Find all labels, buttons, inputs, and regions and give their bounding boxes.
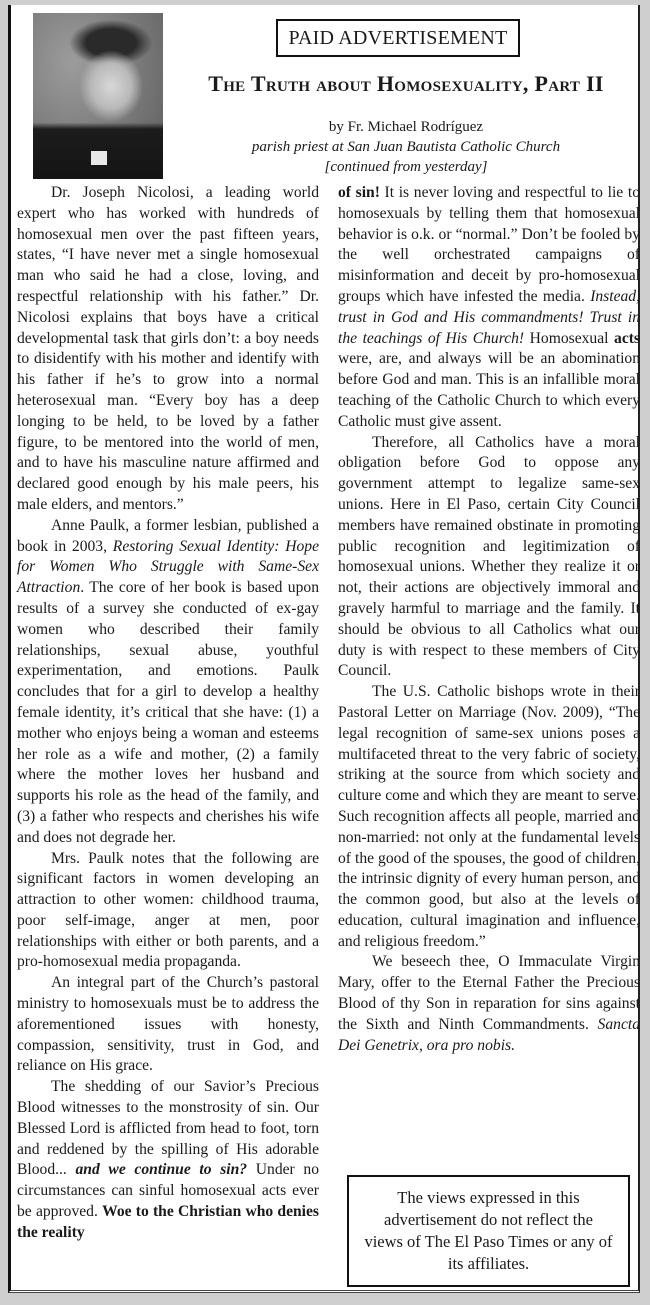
emphasized-text: acts (614, 330, 640, 347)
article-paragraph: Therefore, all Catholics have a moral ob… (338, 433, 640, 683)
paid-advertisement-text: PAID ADVERTISEMENT (289, 27, 508, 50)
author-affiliation: parish priest at San Juan Bautista Catho… (171, 137, 641, 157)
paragraph-text: Mrs. Paulk notes that the following are … (17, 850, 319, 971)
article-paragraph: We beseech thee, O Immaculate Virgin Mar… (338, 952, 640, 1056)
paragraph-text: The U.S. Catholic bishops wrote in their… (338, 683, 640, 950)
clerical-collar-detail (91, 151, 107, 165)
paragraph-text: An integral part of the Church’s pastora… (17, 974, 319, 1074)
article-paragraph: Mrs. Paulk notes that the following are … (17, 849, 319, 974)
article-paragraph: Dr. Joseph Nicolosi, a leading world exp… (17, 183, 319, 516)
article-title: The Truth about Homosexuality, Part II (171, 71, 641, 97)
author-photo (33, 13, 163, 179)
article-paragraph: of sin! It is never loving and respectfu… (338, 183, 640, 433)
article-paragraph: Anne Paulk, a former lesbian, published … (17, 516, 319, 849)
disclaimer-box: The views expressed in this advertisemen… (347, 1175, 630, 1287)
byline-block: by Fr. Michael Rodríguez parish priest a… (171, 117, 641, 177)
paragraph-text: Dr. Joseph Nicolosi, a leading world exp… (17, 184, 319, 513)
paragraph-text: were, are, and always will be an abomina… (338, 350, 640, 429)
article-column-left: Dr. Joseph Nicolosi, a leading world exp… (17, 183, 319, 1244)
article-paragraph: The U.S. Catholic bishops wrote in their… (338, 682, 640, 952)
continuation-note: [continued from yesterday] (171, 157, 641, 177)
advertisement-panel: PAID ADVERTISEMENT The Truth about Homos… (8, 5, 640, 1293)
paragraph-text: Therefore, all Catholics have a moral ob… (338, 434, 640, 680)
article-column-right: of sin! It is never loving and respectfu… (338, 183, 640, 1056)
paragraph-text: . The core of her book is based upon res… (17, 579, 319, 846)
paragraph-text: It is never loving and respectful to lie… (338, 184, 640, 305)
article-paragraph: An integral part of the Church’s pastora… (17, 973, 319, 1077)
paid-advertisement-label: PAID ADVERTISEMENT (276, 19, 520, 57)
paragraph-text: Homosexual (524, 330, 614, 347)
paragraph-text: We beseech thee, O Immaculate Virgin Mar… (338, 953, 640, 1032)
article-paragraph: The shedding of our Savior’s Precious Bl… (17, 1077, 319, 1243)
emphasized-text: and we continue to sin? (76, 1161, 248, 1178)
emphasized-text: of sin! (338, 184, 380, 201)
author-byline: by Fr. Michael Rodríguez (171, 117, 641, 137)
disclaimer-text: The views expressed in this advertisemen… (363, 1187, 614, 1275)
